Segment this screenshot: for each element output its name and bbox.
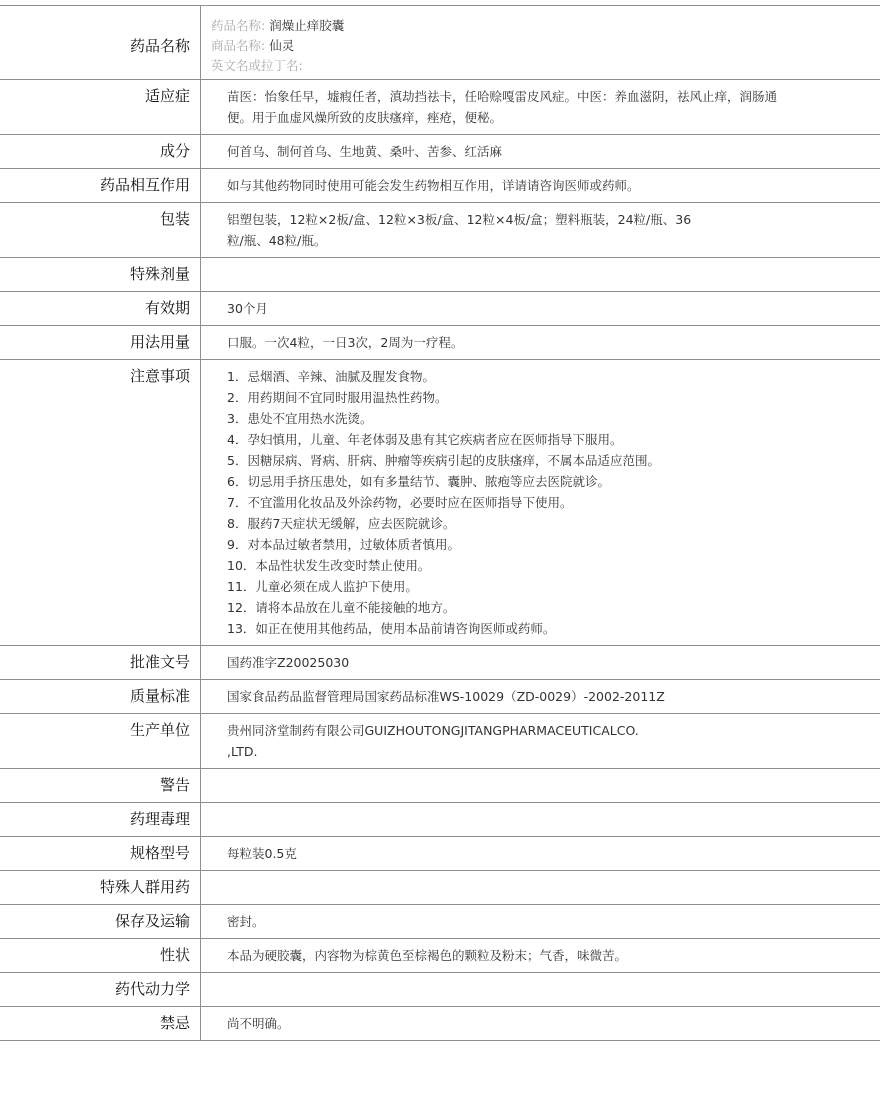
precaution-item: 11．儿童必须在成人监护下使用。: [227, 576, 870, 597]
label-manufacturer: 生产单位: [0, 714, 201, 769]
label-pharmacokinetics: 药代动力学: [0, 973, 201, 1007]
value-storage: 密封。: [201, 905, 880, 939]
manufacturer-line-1: 贵州同济堂制药有限公司GUIZHOUTONGJITANGPHARMACEUTIC…: [227, 720, 870, 741]
row-warning: 警告: [0, 769, 880, 803]
manufacturer-line-2: ,LTD.: [227, 741, 870, 762]
label-packaging: 包装: [0, 203, 201, 258]
label-interactions: 药品相互作用: [0, 169, 201, 203]
generic-name-line: 药品名称: 润燥止痒胶囊: [211, 16, 870, 36]
value-special-dosage: [201, 258, 880, 292]
label-special-dosage: 特殊剂量: [0, 258, 201, 292]
value-special-population: [201, 871, 880, 905]
row-contraindications: 禁忌 尚不明确。: [0, 1007, 880, 1041]
row-spec: 规格型号 每粒装0.5克: [0, 837, 880, 871]
label-contraindications: 禁忌: [0, 1007, 201, 1041]
row-drug-name: 药品名称 药品名称: 润燥止痒胶囊 商品名称: 仙灵 英文名或拉丁名:: [0, 6, 880, 80]
precaution-item: 13．如正在使用其他药品，使用本品前请咨询医师或药师。: [227, 618, 870, 639]
row-description: 性状 本品为硬胶囊，内容物为棕黄色至棕褐色的颗粒及粉末；气香，味微苦。: [0, 939, 880, 973]
row-manufacturer: 生产单位 贵州同济堂制药有限公司GUIZHOUTONGJITANGPHARMAC…: [0, 714, 880, 769]
label-special-population: 特殊人群用药: [0, 871, 201, 905]
drug-name-block: 药品名称: 润燥止痒胶囊 商品名称: 仙灵 英文名或拉丁名:: [201, 6, 880, 80]
trade-name-key: 商品名称:: [211, 38, 265, 53]
row-usage: 用法用量 口服。一次4粒，一日3次，2周为一疗程。: [0, 326, 880, 360]
precaution-item: 1．忌烟酒、辛辣、油腻及腥发食物。: [227, 366, 870, 387]
label-spec: 规格型号: [0, 837, 201, 871]
label-drug-name: 药品名称: [0, 6, 201, 80]
row-interactions: 药品相互作用 如与其他药物同时使用可能会发生药物相互作用，详请请咨询医师或药师。: [0, 169, 880, 203]
value-validity: 30个月: [201, 292, 880, 326]
value-description: 本品为硬胶囊，内容物为棕黄色至棕褐色的颗粒及粉末；气香，味微苦。: [201, 939, 880, 973]
value-ingredients: 何首乌、制何首乌、生地黄、桑叶、苦参、红活麻: [201, 135, 880, 169]
precaution-item: 8．服药7天症状无缓解，应去医院就诊。: [227, 513, 870, 534]
row-storage: 保存及运输 密封。: [0, 905, 880, 939]
value-pharmacology: [201, 803, 880, 837]
label-approval: 批准文号: [0, 646, 201, 680]
value-interactions: 如与其他药物同时使用可能会发生药物相互作用，详请请咨询医师或药师。: [201, 169, 880, 203]
label-description: 性状: [0, 939, 201, 973]
precaution-item: 3．患处不宜用热水洗烫。: [227, 408, 870, 429]
value-manufacturer: 贵州同济堂制药有限公司GUIZHOUTONGJITANGPHARMACEUTIC…: [201, 714, 880, 769]
value-pharmacokinetics: [201, 973, 880, 1007]
label-validity: 有效期: [0, 292, 201, 326]
row-packaging: 包装 铝塑包装，12粒×2板/盒、12粒×3板/盒、12粒×4板/盒；塑料瓶装，…: [0, 203, 880, 258]
precaution-item: 2．用药期间不宜同时服用温热性药物。: [227, 387, 870, 408]
precaution-item: 12．请将本品放在儿童不能接触的地方。: [227, 597, 870, 618]
label-quality-standard: 质量标准: [0, 680, 201, 714]
value-precautions: 1．忌烟酒、辛辣、油腻及腥发食物。 2．用药期间不宜同时服用温热性药物。 3．患…: [201, 360, 880, 646]
generic-name-value: 润燥止痒胶囊: [269, 18, 344, 33]
label-pharmacology: 药理毒理: [0, 803, 201, 837]
value-indications: 苗医：怡象任早，墟瘕任者，滇劫挡祛卡，任哈赊嘎雷皮风症。中医：养血滋阴，祛风止痒…: [201, 80, 880, 135]
label-storage: 保存及运输: [0, 905, 201, 939]
row-precautions: 注意事项 1．忌烟酒、辛辣、油腻及腥发食物。 2．用药期间不宜同时服用温热性药物…: [0, 360, 880, 646]
trade-name-line: 商品名称: 仙灵: [211, 36, 870, 56]
value-contraindications: 尚不明确。: [201, 1007, 880, 1041]
row-approval: 批准文号 国药准字Z20025030: [0, 646, 880, 680]
precaution-item: 9．对本品过敏者禁用，过敏体质者慎用。: [227, 534, 870, 555]
value-spec: 每粒装0.5克: [201, 837, 880, 871]
precaution-item: 4．孕妇慎用，儿童、年老体弱及患有其它疾病者应在医师指导下服用。: [227, 429, 870, 450]
row-pharmacology: 药理毒理: [0, 803, 880, 837]
row-pharmacokinetics: 药代动力学: [0, 973, 880, 1007]
label-precautions: 注意事项: [0, 360, 201, 646]
row-quality-standard: 质量标准 国家食品药品监督管理局国家药品标准WS-10029（ZD-0029）-…: [0, 680, 880, 714]
trade-name-value: 仙灵: [269, 38, 294, 53]
label-indications: 适应症: [0, 80, 201, 135]
value-warning: [201, 769, 880, 803]
label-warning: 警告: [0, 769, 201, 803]
latin-name-key: 英文名或拉丁名:: [211, 58, 303, 73]
precaution-item: 6．切忌用手挤压患处，如有多量结节、囊肿、脓疱等应去医院就诊。: [227, 471, 870, 492]
value-approval: 国药准字Z20025030: [201, 646, 880, 680]
precaution-item: 7．不宜滥用化妆品及外涂药物，必要时应在医师指导下使用。: [227, 492, 870, 513]
precaution-item: 5．因糖尿病、肾病、肝病、肿瘤等疾病引起的皮肤瘙痒，不属本品适应范围。: [227, 450, 870, 471]
row-validity: 有效期 30个月: [0, 292, 880, 326]
row-special-dosage: 特殊剂量: [0, 258, 880, 292]
value-quality-standard: 国家食品药品监督管理局国家药品标准WS-10029（ZD-0029）-2002-…: [201, 680, 880, 714]
value-packaging: 铝塑包装，12粒×2板/盒、12粒×3板/盒、12粒×4板/盒；塑料瓶装，24粒…: [201, 203, 880, 258]
precaution-item: 10．本品性状发生改变时禁止使用。: [227, 555, 870, 576]
value-usage: 口服。一次4粒，一日3次，2周为一疗程。: [201, 326, 880, 360]
row-indications: 适应症 苗医：怡象任早，墟瘕任者，滇劫挡祛卡，任哈赊嘎雷皮风症。中医：养血滋阴，…: [0, 80, 880, 135]
label-ingredients: 成分: [0, 135, 201, 169]
latin-name-line: 英文名或拉丁名:: [211, 56, 870, 76]
row-special-population: 特殊人群用药: [0, 871, 880, 905]
generic-name-key: 药品名称:: [211, 18, 265, 33]
drug-spec-table: 药品名称 药品名称: 润燥止痒胶囊 商品名称: 仙灵 英文名或拉丁名: 适应症 …: [0, 5, 880, 1041]
row-ingredients: 成分 何首乌、制何首乌、生地黄、桑叶、苦参、红活麻: [0, 135, 880, 169]
label-usage: 用法用量: [0, 326, 201, 360]
